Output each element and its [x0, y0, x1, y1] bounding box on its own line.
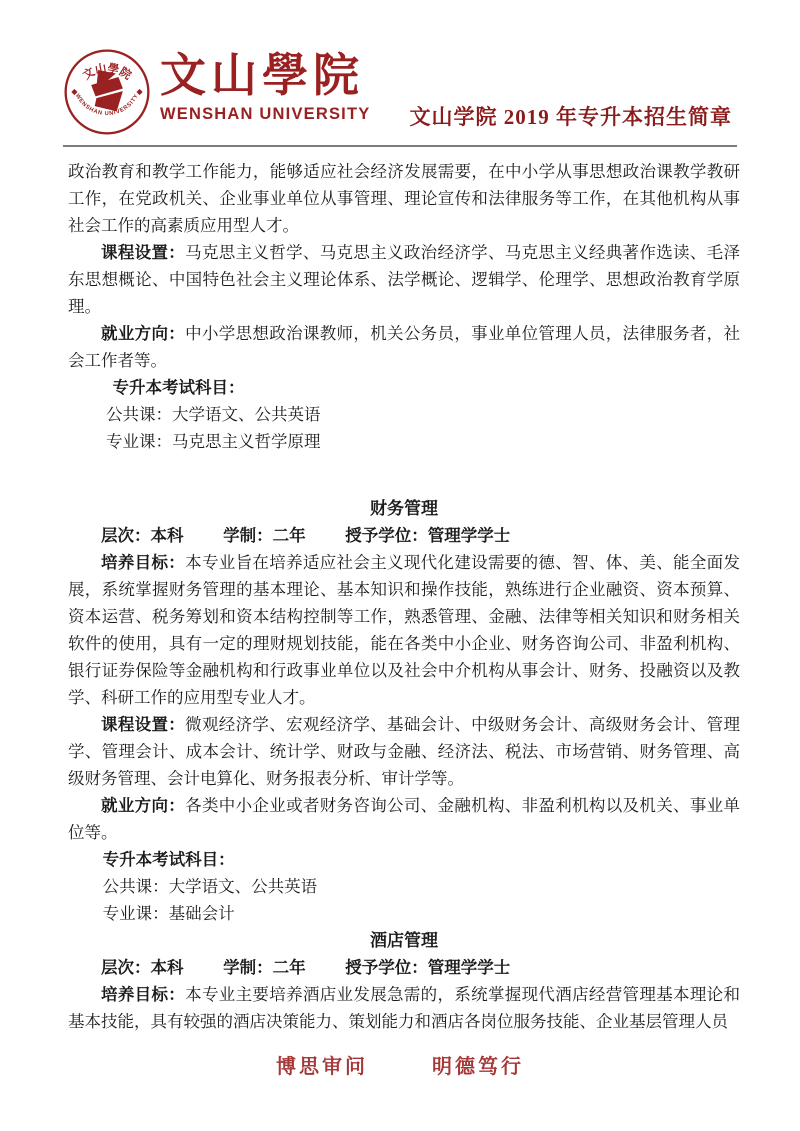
- finance-years: 学制：二年: [223, 526, 306, 545]
- jobs-label: 就业方向：: [101, 796, 185, 815]
- hotel-years: 学制：二年: [223, 958, 306, 977]
- document-page: 文山學院 WENSHAN UNIVERSITY 文山學院 WENSHAN UNI…: [0, 0, 800, 1131]
- courses-label: 课程设置：: [101, 243, 185, 262]
- page-footer-motto: 博思审问 明德笃行: [0, 1050, 800, 1079]
- seal-right-dot: [136, 89, 142, 95]
- program-title-finance: 财务管理: [68, 495, 740, 522]
- motto-right: 明德笃行: [432, 1056, 524, 1078]
- finance-exam-heading: 专升本考试科目：: [68, 846, 740, 873]
- courses-label: 课程设置：: [101, 715, 185, 734]
- finance-meta-line: 层次：本科学制：二年授予学位：管理学学士: [68, 522, 740, 549]
- hotel-level: 层次：本科: [101, 958, 184, 977]
- goal-label: 培养目标：: [101, 985, 185, 1004]
- program-title-hotel: 酒店管理: [68, 927, 740, 954]
- finance-courses-paragraph: 课程设置：微观经济学、宏观经济学、基础会计、中级财务会计、高级财务会计、管理学、…: [68, 711, 740, 792]
- hotel-degree: 授予学位：管理学学士: [345, 958, 510, 977]
- motto-left: 博思审问: [276, 1056, 368, 1078]
- hotel-goal-paragraph: 培养目标：本专业主要培养酒店业发展急需的，系统掌握现代酒店经营管理基本理论和基本…: [68, 981, 740, 1035]
- finance-level: 层次：本科: [101, 526, 184, 545]
- intro-exam-heading: 专升本考试科目：: [68, 374, 740, 401]
- seal-left-dot: [71, 89, 77, 95]
- intro-jobs-paragraph: 就业方向：中小学思想政治课教师，机关公务员，事业单位管理人员，法律服务者，社会工…: [68, 320, 740, 374]
- intro-courses-paragraph: 课程设置：马克思主义哲学、马克思主义政治经济学、马克思主义经典著作选读、毛泽东思…: [68, 239, 740, 320]
- hotel-meta-line: 层次：本科学制：二年授予学位：管理学学士: [68, 954, 740, 981]
- document-body: 政治教育和教学工作能力，能够适应社会经济发展需要，在中小学从事思想政治课教学教研…: [0, 147, 800, 1035]
- wordmark-chinese: 文山學院: [160, 50, 370, 102]
- goal-label: 培养目标：: [101, 553, 185, 572]
- document-title: 文山学院 2019 年专升本招生简章: [410, 101, 733, 131]
- finance-jobs-paragraph: 就业方向：各类中小企业或者财务咨询公司、金融机构、非盈利机构以及机关、事业单位等…: [68, 792, 740, 846]
- finance-degree: 授予学位：管理学学士: [345, 526, 510, 545]
- university-seal-icon: 文山學院 WENSHAN UNIVERSITY: [63, 48, 151, 136]
- finance-goal-paragraph: 培养目标：本专业旨在培养适应社会主义现代化建设需要的德、智、体、美、能全面发展，…: [68, 549, 740, 711]
- jobs-label: 就业方向：: [101, 324, 185, 343]
- finance-public-course: 公共课：大学语文、公共英语: [68, 873, 740, 900]
- wordmark: 文山學院 WENSHAN UNIVERSITY: [160, 48, 370, 124]
- intro-public-course: 公共课：大学语文、公共英语: [68, 401, 740, 428]
- goal-text: 本专业旨在培养适应社会主义现代化建设需要的德、智、体、美、能全面发展，系统掌握财…: [68, 553, 740, 707]
- intro-continuation-paragraph: 政治教育和教学工作能力，能够适应社会经济发展需要，在中小学从事思想政治课教学教研…: [68, 158, 740, 239]
- wordmark-english: WENSHAN UNIVERSITY: [160, 104, 370, 124]
- intro-major-course: 专业课：马克思主义哲学原理: [68, 428, 740, 455]
- university-logo: 文山學院 WENSHAN UNIVERSITY 文山學院 WENSHAN UNI…: [63, 48, 370, 136]
- page-header: 文山學院 WENSHAN UNIVERSITY 文山學院 WENSHAN UNI…: [63, 0, 737, 147]
- finance-major-course: 专业课：基础会计: [68, 900, 740, 927]
